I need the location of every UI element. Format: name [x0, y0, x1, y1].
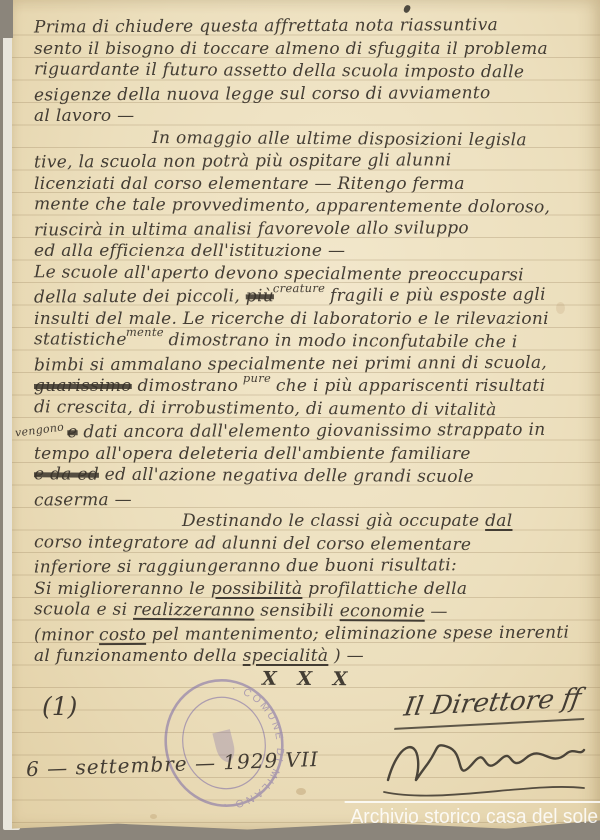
text-segment: sento il bisogno di toccare almeno di sf…	[34, 39, 548, 59]
handwritten-line: e da ed ed all'azione negativa delle gra…	[34, 463, 590, 489]
text-segment: Destinando le classi già occupate	[182, 511, 485, 531]
text-segment: ed all'azione negativa delle grandi scuo…	[99, 465, 474, 487]
text-segment: ) —	[328, 646, 364, 666]
text-segment: bimbi si ammalano specialmente nei primi…	[34, 352, 547, 375]
handwritten-line: vengonoe dati ancora dall'elemento giova…	[34, 419, 590, 444]
handwritten-line: esigenze della nuova legge sul corso di …	[34, 81, 590, 106]
text-segment: corso integratore ad alunni del corso el…	[34, 532, 471, 555]
handwritten-line: licenziati dal corso elementare — Riteng…	[34, 173, 590, 196]
text-segment: ed alla efficienza dell'istituzione —	[34, 241, 345, 261]
text-segment: statistiche	[34, 329, 127, 350]
handwritten-line: caserma —	[34, 486, 590, 511]
archive-watermark: Archivio storico casa del sole	[345, 801, 600, 829]
handwritten-line: al lavoro —	[34, 105, 590, 128]
footnote-mark: (1)	[42, 692, 77, 721]
text-segment: riuscirà in ultima analisi favorevole al…	[34, 218, 469, 240]
stamp-text: · COMUNE DI MILANO ·	[191, 673, 300, 814]
handwritten-line: mente che tale provvedimento, apparentem…	[34, 193, 590, 219]
crossed-out-word: e	[67, 422, 77, 442]
inserted-word: pure	[243, 367, 271, 390]
handwritten-line: ed alla efficienza dell'istituzione —	[34, 240, 590, 263]
text-segment: della salute dei piccoli,	[34, 286, 246, 307]
text-segment: tive, la scuola non potrà più ospitare g…	[34, 150, 452, 172]
handwritten-line: sento il bisogno di toccare almeno di sf…	[34, 38, 590, 61]
text-segment: profilattiche della	[302, 579, 467, 599]
text-segment: (minor	[34, 625, 99, 645]
crossed-out-word: guarissimo	[34, 376, 132, 396]
inserted-word: mente	[126, 321, 164, 344]
text-segment: dati ancora dall'elemento giovanissimo s…	[78, 420, 546, 442]
handwritten-line: guarissimo dimostrano pure che i più app…	[34, 375, 590, 398]
handwritten-line: della salute dei piccoli, piùcreature fr…	[34, 284, 590, 309]
text-segment: licenziati dal corso elementare — Riteng…	[34, 174, 465, 194]
text-segment: mente che tale provvedimento, apparentem…	[34, 194, 550, 217]
handwritten-line: riguardante il futuro assetto della scuo…	[34, 58, 590, 84]
signature-flourish	[378, 726, 590, 808]
crossed-out-word: più	[246, 286, 274, 306]
text-segment: realizzeranno	[133, 600, 255, 621]
handwritten-line: In omaggio alle ultime disposizioni legi…	[34, 126, 590, 152]
text-segment: Prima di chiudere questa affrettata nota…	[34, 15, 498, 37]
inserted-word: creature	[273, 277, 325, 300]
text-segment: di crescita, di irrobustimento, di aumen…	[34, 397, 497, 420]
handwritten-line: (minor costo pel mantenimento; eliminazi…	[34, 621, 590, 646]
handwritten-line: al funzionamento della specialità ) —	[34, 645, 590, 668]
handwritten-line: inferiore si raggiungeranno due buoni ri…	[34, 554, 590, 579]
crossed-out-word: e da ed	[34, 464, 99, 484]
text-segment: scuola e si	[34, 599, 133, 620]
text-segment: riguardante il futuro assetto della scuo…	[34, 59, 524, 82]
handwritten-line: riuscirà in ultima analisi favorevole al…	[34, 216, 590, 241]
text-segment: —	[425, 602, 448, 622]
handwritten-line: scuola e si realizzeranno sensibili econ…	[34, 598, 590, 624]
text-segment: dimostrano	[132, 376, 244, 396]
text-segment: che i più appariscenti risultati	[270, 376, 545, 396]
text-segment: possibilità	[211, 579, 302, 599]
handwritten-line: di crescita, di irrobustimento, di aumen…	[34, 396, 590, 422]
text-segment: economie	[340, 601, 425, 622]
handwritten-line: Destinando le classi già occupate dal	[34, 510, 590, 533]
text-segment: In omaggio alle ultime disposizioni legi…	[152, 128, 527, 150]
text-segment: Si miglioreranno le	[34, 579, 211, 599]
text-segment: sensibili	[254, 601, 339, 622]
text-segment: inferiore si raggiungeranno due buoni ri…	[34, 555, 457, 577]
handwriting-lines: Prima di chiudere questa affrettata nota…	[12, 0, 600, 690]
handwritten-line: bimbi si ammalano specialmente nei primi…	[34, 351, 590, 376]
text-segment: dal	[485, 511, 512, 531]
text-segment: tempo all'opera deleteria dell'ambiente …	[34, 444, 471, 464]
handwritten-line: tempo all'opera deleteria dell'ambiente …	[34, 443, 590, 466]
handwritten-line: tive, la scuola non potrà più ospitare g…	[34, 149, 590, 174]
text-segment: dimostrano in modo inconfutabile che i	[163, 330, 518, 352]
text-segment: fragili e più esposte agli	[324, 285, 546, 306]
handwritten-line: Si miglioreranno le possibilità profilat…	[34, 578, 590, 601]
text-segment: al funzionamento della	[34, 646, 243, 666]
text-segment: al lavoro —	[34, 106, 134, 126]
text-segment: pel mantenimento; eliminazione spese ine…	[146, 622, 569, 644]
handwritten-line: corso integratore ad alunni del corso el…	[34, 531, 590, 557]
text-segment: costo	[99, 624, 146, 644]
text-segment: esigenze della nuova legge sul corso di …	[34, 83, 491, 105]
handwritten-line: insulti del male. Le ricerche di laborat…	[34, 308, 590, 331]
margin-word: vengono	[14, 416, 66, 445]
text-segment: insulti del male. Le ricerche di laborat…	[34, 309, 549, 329]
text-segment: caserma —	[34, 489, 132, 510]
handwritten-line: Prima di chiudere questa affrettata nota…	[34, 14, 590, 39]
handwritten-line: statistichemente dimostrano in modo inco…	[34, 328, 590, 354]
